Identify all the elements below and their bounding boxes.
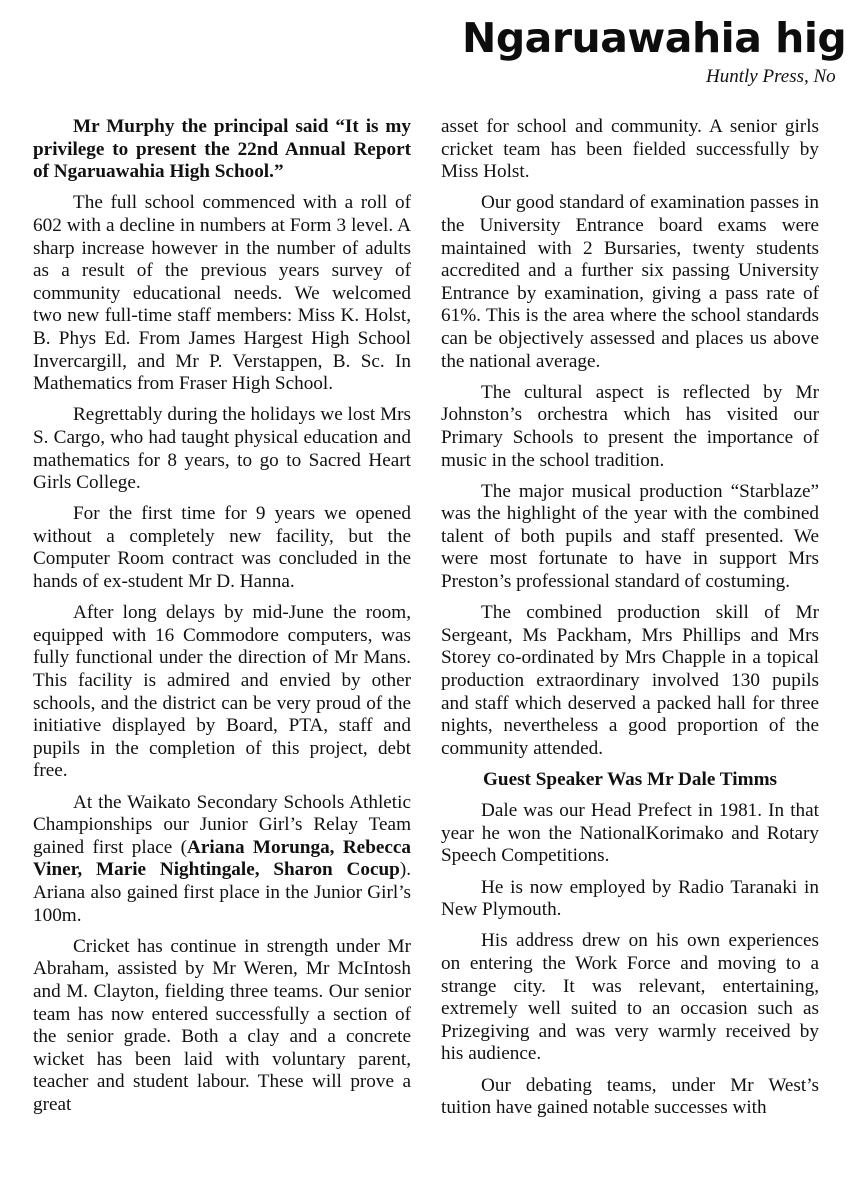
paragraph-cricket-continued: asset for school and community. A senior… xyxy=(441,116,819,184)
article-column-left: Mr Murphy the principal said “It is my p… xyxy=(33,116,411,1125)
lead-quote: Mr Murphy the principal said “It is my p… xyxy=(33,116,411,184)
paragraph-computer-room: After long delays by mid-June the room, … xyxy=(33,602,411,783)
section-subheading: Guest Speaker Was Mr Dale Timms xyxy=(441,769,819,792)
paragraph-cultural: The cultural aspect is reflected by Mr J… xyxy=(441,382,819,472)
paragraph-athletics: At the Waikato Secondary Schools Athleti… xyxy=(33,792,411,928)
paragraph-roll: The full school commenced with a roll of… xyxy=(33,192,411,395)
paragraph-dale-employment: He is now employed by Radio Taranaki in … xyxy=(441,877,819,922)
paragraph-address: His address drew on his own experiences … xyxy=(441,930,819,1066)
page-title: Ngaruawahia high xyxy=(462,8,848,68)
paragraph-production: The combined production skill of Mr Serg… xyxy=(441,602,819,760)
paragraph-musical: The major musical production “Starblaze”… xyxy=(441,481,819,594)
paragraph-debating: Our debating teams, under Mr West’s tuit… xyxy=(441,1075,819,1120)
byline: Huntly Press, No xyxy=(706,64,836,90)
paragraph-exams: Our good standard of examination passes … xyxy=(441,192,819,373)
article-column-right: asset for school and community. A senior… xyxy=(441,116,819,1128)
paragraph-facility: For the first time for 9 years we opened… xyxy=(33,503,411,593)
paragraph-staff-loss: Regrettably during the holidays we lost … xyxy=(33,404,411,494)
paragraph-dale-prefect: Dale was our Head Prefect in 1981. In th… xyxy=(441,800,819,868)
paragraph-cricket: Cricket has continue in strength under M… xyxy=(33,936,411,1117)
